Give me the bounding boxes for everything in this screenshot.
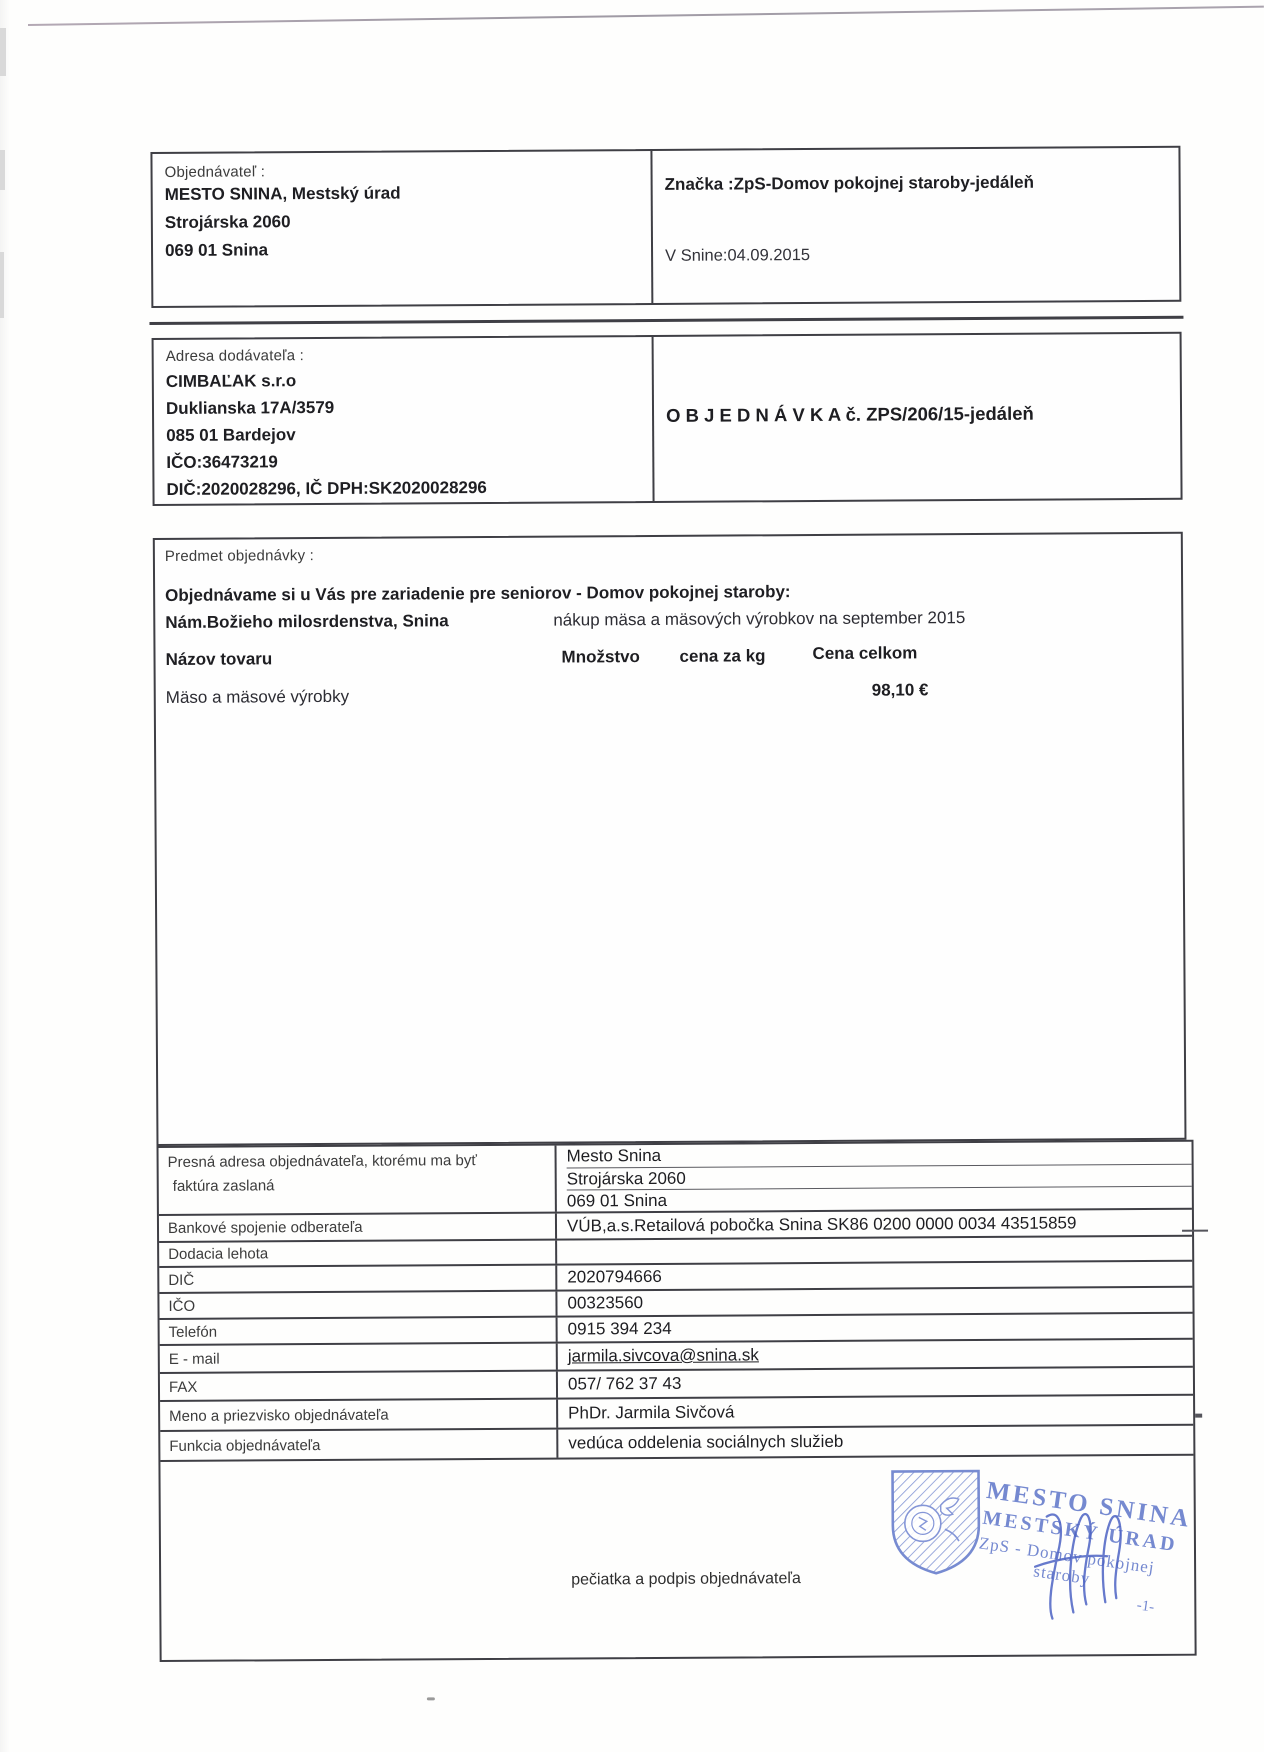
scan-dot-artifact xyxy=(1195,1414,1202,1418)
row-label: Bankové spojenie odberateľa xyxy=(159,1214,557,1241)
row-label: IČO xyxy=(159,1292,557,1318)
signature-icon xyxy=(1027,1506,1158,1625)
purchase-note: nákup mäsa a mäsových výrobkov na septem… xyxy=(553,608,965,631)
row-value: VÚB,a.s.Retailová pobočka Snina SK86 020… xyxy=(557,1210,1192,1239)
place-date: V Snine:04.09.2015 xyxy=(665,244,1167,266)
scan-line-artifact xyxy=(1182,1230,1208,1232)
scanned-page: Objednávateľ : MESTO SNINA, Mestský úrad… xyxy=(0,0,1264,1752)
stamp-signature-cell: pečiatka a podpis objednávateľa xyxy=(160,1456,1194,1660)
column-header-total: Cena celkom xyxy=(812,643,917,664)
row-value: 0915 394 234 xyxy=(558,1314,1193,1342)
row-label: Meno a priezvisko objednávateľa xyxy=(160,1400,558,1430)
city-stamp: MESTO SNINA MESTSKÝ ÚRAD ZpS - Domov pok… xyxy=(888,1460,1219,1652)
order-number-cell: O B J E D N Á V K A č. ZPS/206/15-jedále… xyxy=(654,334,1181,501)
row-label: E - mail xyxy=(160,1344,558,1372)
row-label: Funkcia objednávateľa xyxy=(160,1430,558,1460)
item-total: 98,10 € xyxy=(872,680,929,700)
subject-box: Predmet objednávky : Objednávame si u Vá… xyxy=(153,532,1187,1146)
city-coat-of-arms-icon xyxy=(888,1467,983,1578)
orderer-name: MESTO SNINA, Mestský úrad xyxy=(165,178,639,209)
supplier-address-cell: Adresa dodávateľa : CIMBAĽAK s.r.o Dukli… xyxy=(154,337,655,504)
row-value: PhDr. Jarmila Sivčová xyxy=(558,1396,1193,1428)
subject-label: Predmet objednávky : xyxy=(165,547,314,565)
row-value: vedúca oddelenia sociálnych služieb xyxy=(558,1426,1193,1458)
row-label: FAX xyxy=(160,1372,558,1400)
orderer-street: Strojárska 2060 xyxy=(165,206,639,237)
column-header-name: Názov tovaru xyxy=(165,649,272,670)
details-table: Presná adresa objednávateľa, ktorému ma … xyxy=(157,1140,1197,1662)
table-row-invoice-address: Presná adresa objednávateľa, ktorému ma … xyxy=(159,1142,1192,1216)
row-label: DIČ xyxy=(159,1266,557,1292)
document-content: Objednávateľ : MESTO SNINA, Mestský úrad… xyxy=(0,0,1264,1752)
order-number: O B J E D N Á V K A č. ZPS/206/15-jedále… xyxy=(666,402,1168,427)
supplier-ico: IČO:36473219 xyxy=(166,446,640,476)
supplier-name: CIMBAĽAK s.r.o xyxy=(166,365,640,395)
item-name: Mäso a mäsové výrobky xyxy=(166,687,349,708)
row-label: Dodacia lehota xyxy=(159,1241,557,1266)
separator-line xyxy=(149,316,1183,325)
reference-cell: Značka :ZpS-Domov pokojnej staroby-jedál… xyxy=(652,148,1179,303)
reference-number: Značka :ZpS-Domov pokojnej staroby-jedál… xyxy=(665,172,1167,195)
row-value: 00323560 xyxy=(557,1288,1192,1316)
orderer-city: 069 01 Snina xyxy=(165,234,639,265)
supplier-box: Adresa dodávateľa : CIMBAĽAK s.r.o Dukli… xyxy=(152,332,1183,506)
row-value: 2020794666 xyxy=(557,1262,1192,1290)
row-value: Mesto Snina Strojárska 2060 069 01 Snina xyxy=(557,1142,1192,1212)
supplier-dic: DIČ:2020028296, IČ DPH:SK2020028296 xyxy=(166,473,640,503)
supplier-city: 085 01 Bardejov xyxy=(166,419,640,449)
orderer-box: Objednávateľ : MESTO SNINA, Mestský úrad… xyxy=(150,146,1181,308)
orderer-address-cell: Objednávateľ : MESTO SNINA, Mestský úrad… xyxy=(152,151,653,306)
column-header-price: cena za kg xyxy=(679,646,765,667)
row-label: Presná adresa objednávateľa, ktorému ma … xyxy=(159,1146,557,1214)
row-label: Telefón xyxy=(160,1318,558,1344)
row-value-email: jarmila.sivcova@snina.sk xyxy=(558,1340,1193,1370)
supplier-street: Duklianska 17A/3579 xyxy=(166,392,640,422)
supplier-label: Adresa dodávateľa : xyxy=(166,345,640,365)
row-value xyxy=(557,1237,1192,1264)
scan-dot-artifact xyxy=(427,1697,435,1700)
row-value: 057/ 762 37 43 xyxy=(558,1368,1193,1398)
stamp-caption: pečiatka a podpis objednávateľa xyxy=(571,1570,801,1589)
subject-intro: Objednávame si u Vás pre zariadenie pre … xyxy=(165,582,791,606)
subject-address: Nám.Božieho milosrdenstva, Snina xyxy=(165,611,449,633)
column-header-quantity: Množstvo xyxy=(561,647,640,667)
